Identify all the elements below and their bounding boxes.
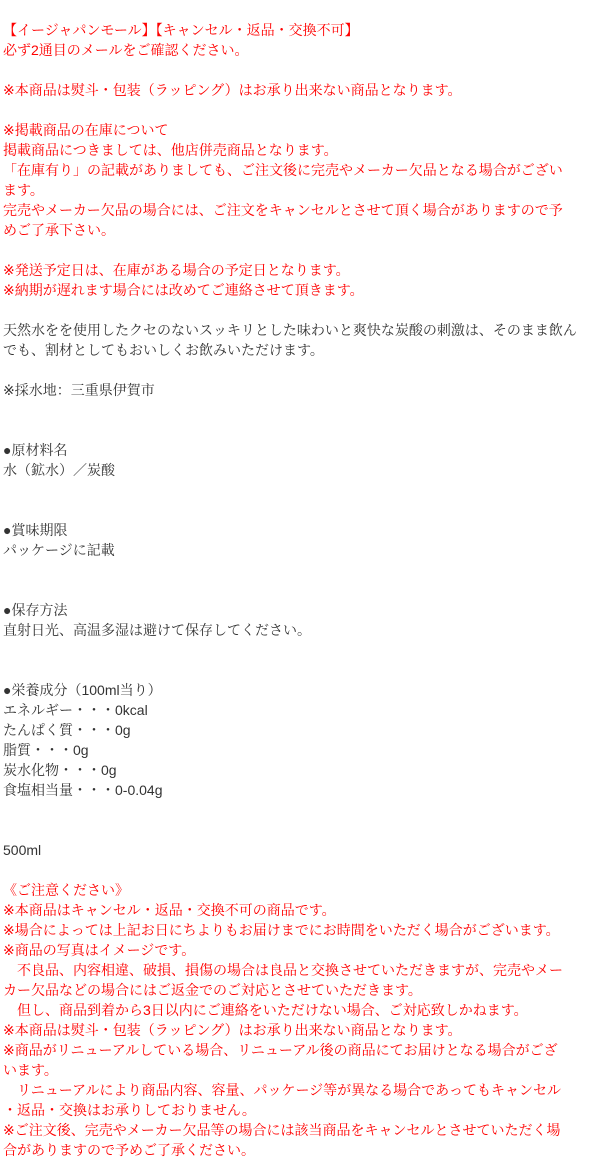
text-line: います。 [3, 1060, 598, 1080]
text-line: 不良品、内容相違、破損、損傷の場合は良品と交換させていただきますが、完売やメー [3, 960, 598, 980]
text-line: 必ず2通目のメールをご確認ください。 [3, 40, 598, 60]
text-line [3, 580, 598, 600]
text-line [3, 300, 598, 320]
text-line: ※商品がリニューアルしている場合、リニューアル後の商品にてお届けとなる場合がござ [3, 1040, 598, 1060]
text-line: リニューアルにより商品内容、容量、パッケージ等が異なる場合であってもキャンセル [3, 1080, 598, 1100]
text-line [3, 500, 598, 520]
text-line: 直射日光、高温多湿は避けて保存してください。 [3, 620, 598, 640]
text-line: ます。 [3, 180, 598, 200]
text-line [3, 660, 598, 680]
text-line [3, 640, 598, 660]
text-line [3, 400, 598, 420]
product-description-text: 【イージャパンモール】【キャンセル・返品・交換不可】必ず2通目のメールをご確認く… [3, 20, 598, 1160]
text-line: めご了承下さい。 [3, 220, 598, 240]
text-line: ※商品の写真はイメージです。 [3, 940, 598, 960]
text-line: でも、割材としてもおいしくお飲みいただけます。 [3, 340, 598, 360]
text-line: 「在庫有り」の記載がありましても、ご注文後に完売やメーカー欠品となる場合がござい [3, 160, 598, 180]
text-line: ●賞味期限 [3, 520, 598, 540]
text-line: 完売やメーカー欠品の場合には、ご注文をキャンセルとさせて頂く場合がありますので予 [3, 200, 598, 220]
text-line: ・返品・交換はお承りしておりません。 [3, 1100, 598, 1120]
text-line [3, 860, 598, 880]
text-line: ●保存方法 [3, 600, 598, 620]
text-line [3, 100, 598, 120]
text-line [3, 820, 598, 840]
text-line: ※本商品は熨斗・包装（ラッピング）はお承り出来ない商品となります。 [3, 80, 598, 100]
text-line: 500ml [3, 840, 598, 860]
text-line [3, 240, 598, 260]
text-line: ●栄養成分（100ml当り） [3, 680, 598, 700]
text-line: パッケージに記載 [3, 540, 598, 560]
text-line [3, 420, 598, 440]
text-line: ※掲載商品の在庫について [3, 120, 598, 140]
text-line [3, 60, 598, 80]
text-line: ※納期が遅れます場合には改めてご連絡させて頂きます。 [3, 280, 598, 300]
text-line: 掲載商品につきましては、他店併売商品となります。 [3, 140, 598, 160]
text-line: 《ご注意ください》 [3, 880, 598, 900]
text-line: たんぱく質・・・0g [3, 720, 598, 740]
text-line: ※発送予定日は、在庫がある場合の予定日となります。 [3, 260, 598, 280]
text-line: ※ご注文後、完売やメーカー欠品等の場合には該当商品をキャンセルとさせていただく場 [3, 1120, 598, 1140]
text-line [3, 360, 598, 380]
text-line: ※採水地：三重県伊賀市 [3, 380, 598, 400]
text-line [3, 560, 598, 580]
text-line: 炭水化物・・・0g [3, 760, 598, 780]
text-line: 合がありますので予めご了承ください。 [3, 1140, 598, 1160]
text-line: 脂質・・・0g [3, 740, 598, 760]
text-line: ※場合によっては上記お日にちよりもお届けまでにお時間をいただく場合がございます。 [3, 920, 598, 940]
text-line: 但し、商品到着から3日以内にご連絡をいただけない場合、ご対応致しかねます。 [3, 1000, 598, 1020]
text-line: 【イージャパンモール】【キャンセル・返品・交換不可】 [3, 20, 598, 40]
product-description-page: 【イージャパンモール】【キャンセル・返品・交換不可】必ず2通目のメールをご確認く… [0, 0, 600, 1160]
text-line: ●原材料名 [3, 440, 598, 460]
text-line: 天然水をを使用したクセのないスッキリとした味わいと爽快な炭酸の刺激は、そのまま飲… [3, 320, 598, 340]
text-line: 食塩相当量・・・0-0.04g [3, 780, 598, 800]
text-line [3, 480, 598, 500]
text-line: ※本商品は熨斗・包装（ラッピング）はお承り出来ない商品となります。 [3, 1020, 598, 1040]
text-line: カー欠品などの場合にはご返金でのご対応とさせていただきます。 [3, 980, 598, 1000]
text-line [3, 800, 598, 820]
text-line: ※本商品はキャンセル・返品・交換不可の商品です。 [3, 900, 598, 920]
text-line: エネルギー・・・0kcal [3, 700, 598, 720]
text-line: 水（鉱水）／炭酸 [3, 460, 598, 480]
